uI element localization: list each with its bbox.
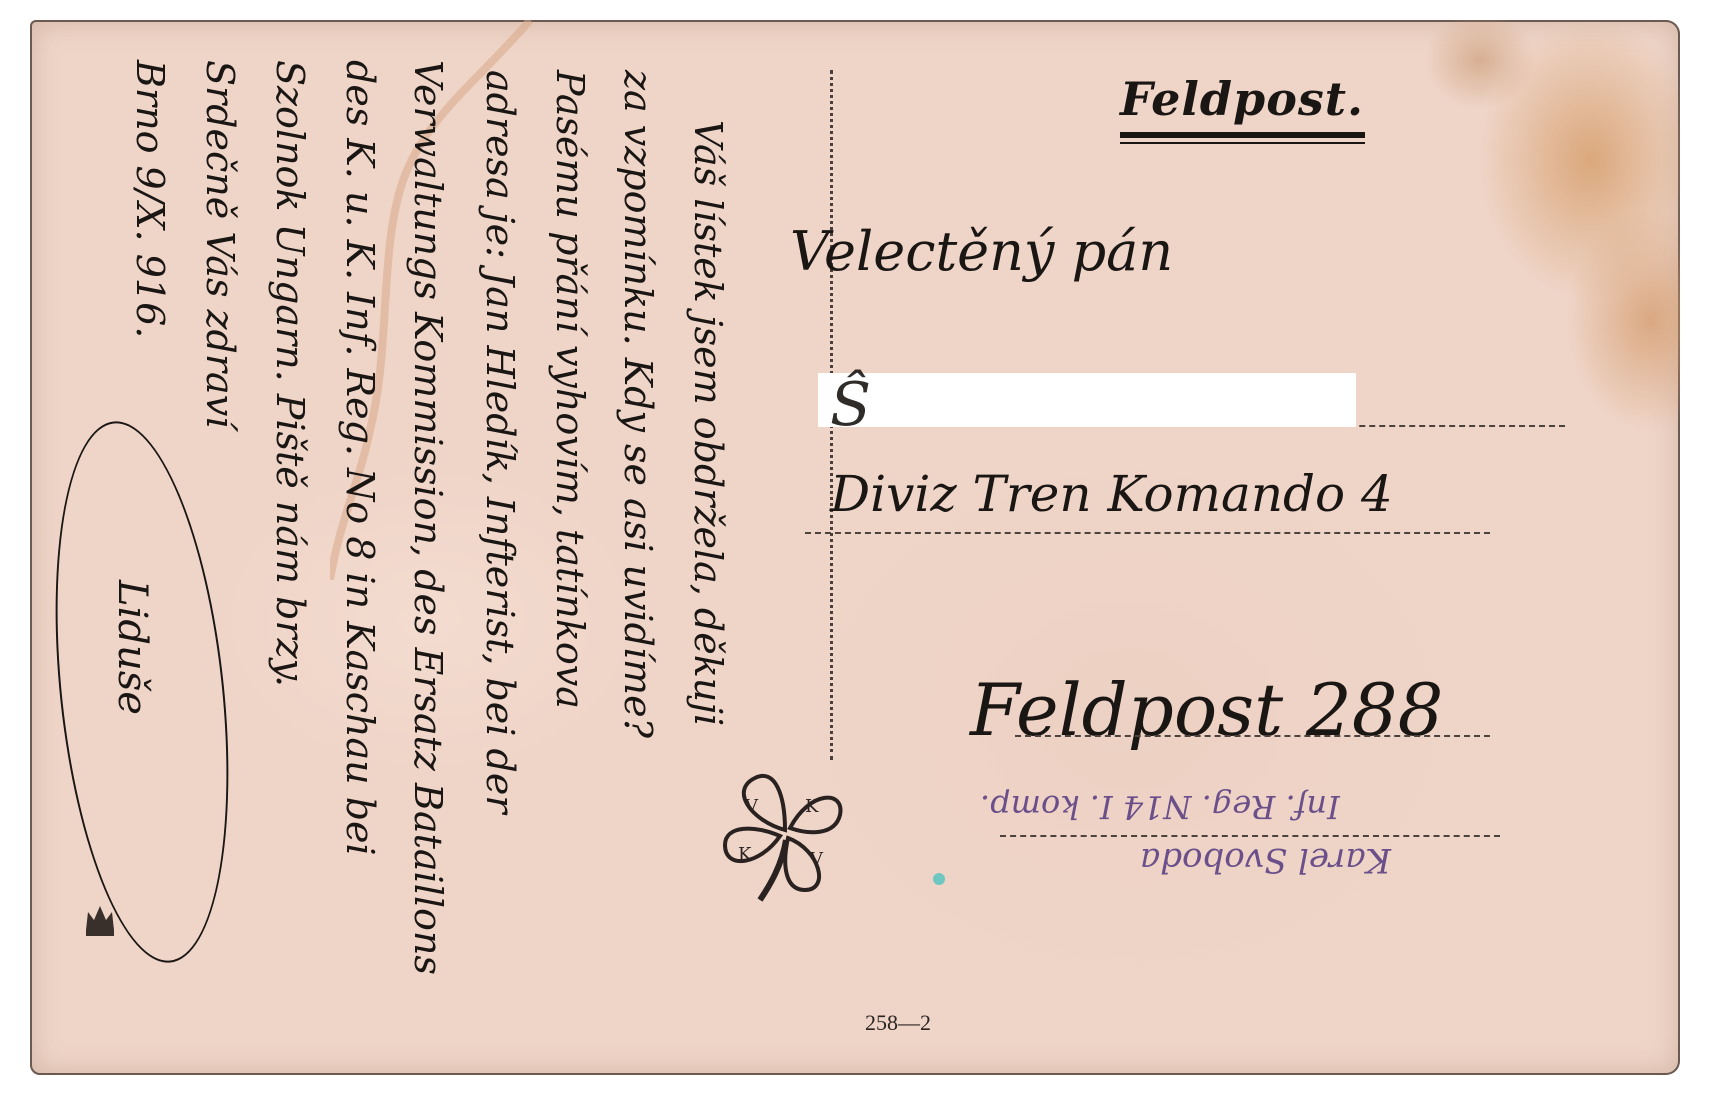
- address-line-3: [1015, 735, 1490, 737]
- clover-logo-icon: V K K V: [710, 760, 860, 910]
- feldpost-number: Feldpost 288: [970, 668, 1443, 752]
- svg-text:K: K: [805, 796, 819, 817]
- salutation: Velectěný pán: [790, 220, 1173, 283]
- signature: Liduše: [109, 580, 155, 715]
- address-line-2: [805, 532, 1490, 534]
- redacted-name: [818, 373, 1356, 427]
- postcard: Váš lístek jsem obdržela, děkuji za vzpo…: [30, 20, 1680, 1075]
- unit-address: Diviz Tren Komando 4: [830, 465, 1393, 523]
- message-line: Srdečně Vás zdraví: [198, 60, 242, 428]
- message-line: Váš lístek jsem obdržela, děkuji: [686, 120, 730, 726]
- message-line: Verwaltungs Kommission, des Ersatz Batai…: [406, 60, 450, 975]
- message-line: Szolnok Ungarn. Piště nám brzy.: [268, 60, 312, 687]
- svg-text:V: V: [744, 796, 759, 817]
- header-underline: [1120, 132, 1365, 138]
- header-underline-thin: [1120, 142, 1365, 144]
- feldpost-header: Feldpost.: [1120, 72, 1364, 126]
- message-line: Pasému přání vyhovím, tatínkova: [548, 70, 592, 709]
- date-line: Brno 9/X. 916.: [128, 60, 172, 338]
- message-line: za vzpomínku. Kdy se asi uvidíme?: [616, 70, 660, 738]
- message-line: des K. u. K. Inf. Reg. No 8 in Kaschau b…: [338, 60, 382, 856]
- ink-spot: [933, 873, 945, 885]
- svg-text:K: K: [738, 844, 752, 865]
- svg-text:V: V: [809, 849, 824, 870]
- message-line: adresa je: Jan Hledík, Infterist, bei de…: [478, 70, 522, 814]
- crown-emblem-icon: [82, 900, 118, 940]
- sender-name-inverted: Karel Svoboda: [1140, 840, 1391, 880]
- print-mark: 258—2: [865, 1010, 931, 1036]
- sender-unit-inverted: Inf. Reg. N14 I. komp.: [980, 788, 1340, 826]
- address-line-4: [1000, 835, 1500, 837]
- recipient-initial: Ŝ: [830, 370, 871, 440]
